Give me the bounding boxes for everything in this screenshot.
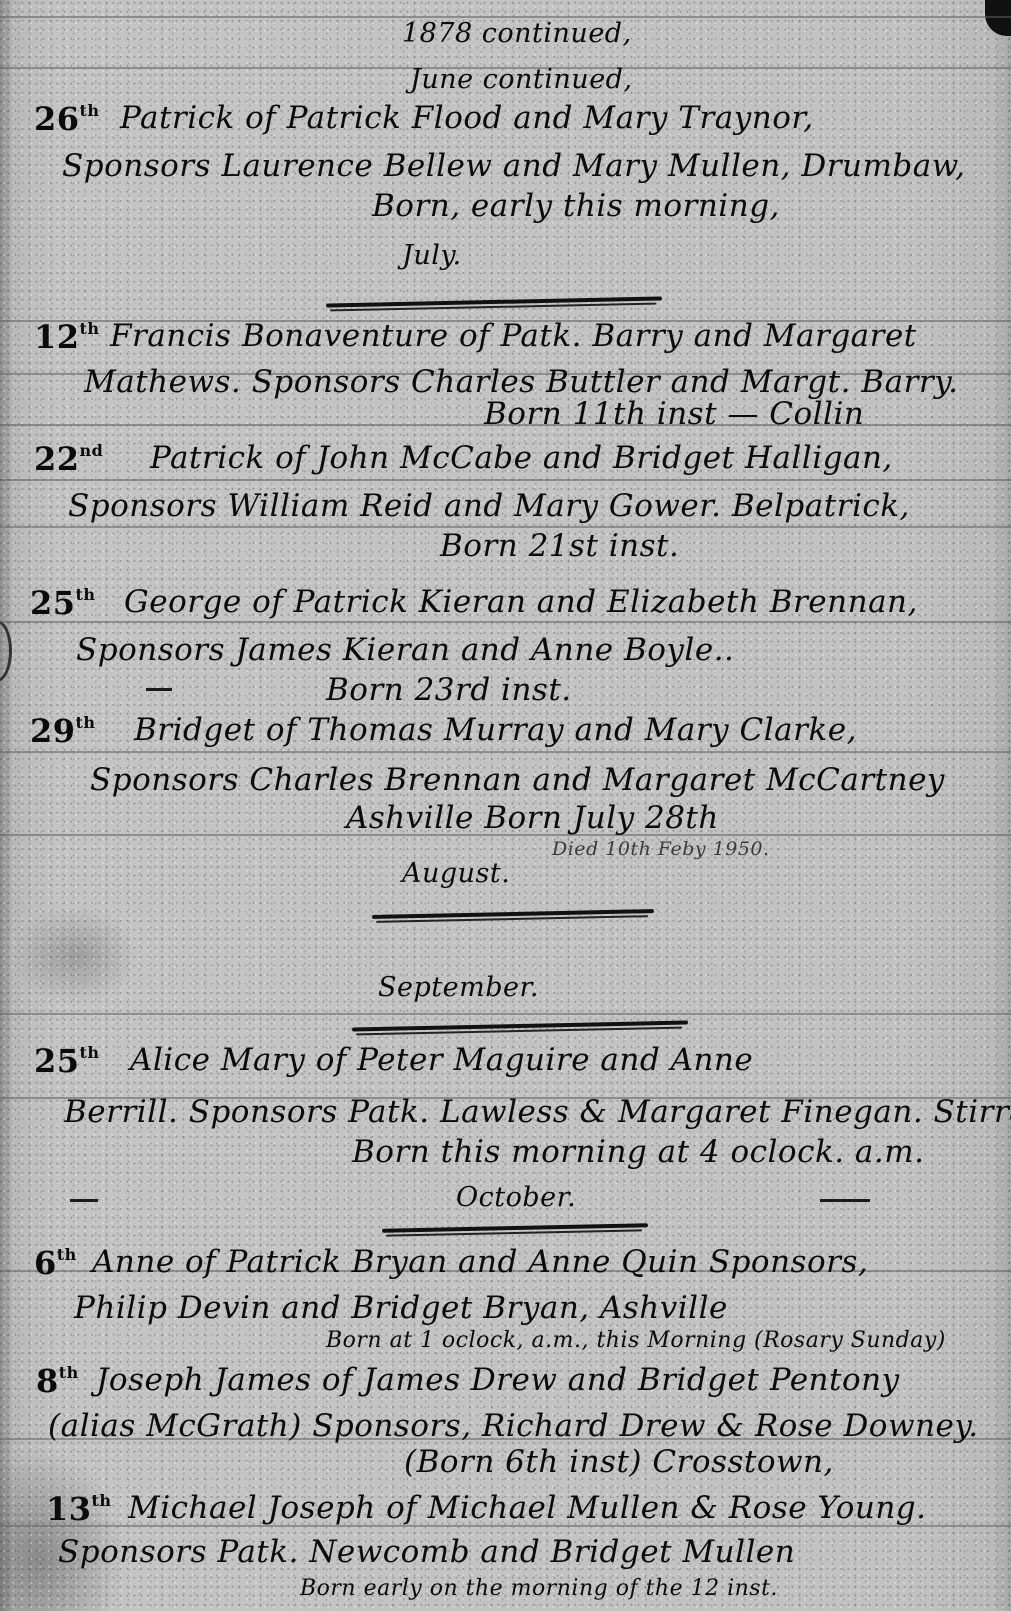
entry-birth-note: Born 21st inst.	[440, 528, 679, 564]
entry-sponsors: Berrill. Sponsors Patk. Lawless & Margar…	[64, 1094, 1011, 1130]
entry-sponsors: Sponsors Laurence Bellew and Mary Mullen…	[62, 148, 965, 184]
entry-date: 25th	[34, 1042, 100, 1080]
heading-underline	[326, 296, 662, 307]
page-corner-shadow	[985, 0, 1011, 36]
margin-dash	[70, 1199, 98, 1202]
entry-child-parents: George of Patrick Kieran and Elizabeth B…	[124, 584, 918, 620]
entry-birth-note: Born early on the morning of the 12 inst…	[300, 1576, 778, 1601]
entry-date: 8th	[36, 1362, 79, 1400]
month-heading-september: September.	[378, 972, 539, 1003]
entry-child-parents: Bridget of Thomas Murray and Mary Clarke…	[134, 712, 857, 748]
entry-birth-note: Born 11th inst — Collin	[484, 396, 864, 432]
entry-date: 25th	[30, 584, 96, 622]
entry-birth-note: Born, early this morning,	[372, 188, 780, 224]
ruled-line	[0, 479, 1011, 481]
binding-hole-mark	[0, 620, 12, 682]
death-annotation: Died 10th Feby 1950.	[552, 838, 770, 860]
ruled-line	[0, 1013, 1011, 1015]
entry-child-parents: Alice Mary of Peter Maguire and Anne	[130, 1042, 753, 1078]
entry-sponsors: Sponsors Patk. Newcomb and Bridget Mulle…	[58, 1534, 795, 1570]
entry-child-parents: Francis Bonaventure of Patk. Barry and M…	[110, 318, 917, 354]
entry-child-parents: Patrick of John McCabe and Bridget Halli…	[150, 440, 893, 476]
ruled-line	[0, 751, 1011, 753]
margin-dash	[146, 688, 172, 691]
heading-underline	[372, 909, 654, 919]
entry-birth-note: Born at 1 oclock, a.m., this Morning (Ro…	[326, 1328, 946, 1353]
month-heading-july: July.	[402, 240, 462, 271]
entry-sponsors: Philip Devin and Bridget Bryan, Ashville	[74, 1290, 728, 1326]
month-heading-october: October.	[456, 1182, 576, 1213]
entry-sponsors: Sponsors William Reid and Mary Gower. Be…	[68, 488, 910, 524]
entry-date: 29th	[30, 712, 96, 750]
entry-sponsors: (alias McGrath) Sponsors, Richard Drew &…	[48, 1408, 979, 1444]
entry-child-parents: Michael Joseph of Michael Mullen & Rose …	[128, 1490, 926, 1526]
entry-child-parents: Patrick of Patrick Flood and Mary Trayno…	[120, 100, 814, 136]
entry-sponsors: Sponsors Charles Brennan and Margaret Mc…	[90, 762, 945, 798]
entry-birth-note: Born this morning at 4 oclock. a.m.	[352, 1134, 925, 1170]
heading-underline	[382, 1223, 648, 1233]
entry-date: 26th	[34, 100, 100, 138]
entry-date: 6th	[34, 1244, 77, 1282]
margin-dash	[820, 1199, 870, 1202]
year-heading: 1878 continued,	[402, 18, 632, 49]
entry-birth-note: Born 23rd inst.	[326, 672, 572, 708]
month-heading-june: June continued,	[410, 64, 633, 95]
entry-date: 13th	[46, 1490, 112, 1528]
entry-child-parents: Joseph James of James Drew and Bridget P…	[96, 1362, 900, 1398]
ruled-line	[0, 621, 1011, 623]
register-page: 1878 continued, June continued, 26th Pat…	[0, 0, 1011, 1611]
entry-date: 22nd	[34, 440, 103, 478]
entry-birth-note: (Born 6th inst) Crosstown,	[404, 1444, 834, 1480]
entry-sponsors: Mathews. Sponsors Charles Buttler and Ma…	[84, 364, 958, 400]
entry-birth-note: Ashville Born July 28th	[346, 800, 719, 836]
heading-underline	[352, 1020, 688, 1031]
entry-child-parents: Anne of Patrick Bryan and Anne Quin Spon…	[92, 1244, 868, 1280]
month-heading-august: August.	[402, 858, 510, 889]
entry-date: 12th	[34, 318, 100, 356]
entry-sponsors: Sponsors James Kieran and Anne Boyle..	[76, 632, 734, 668]
